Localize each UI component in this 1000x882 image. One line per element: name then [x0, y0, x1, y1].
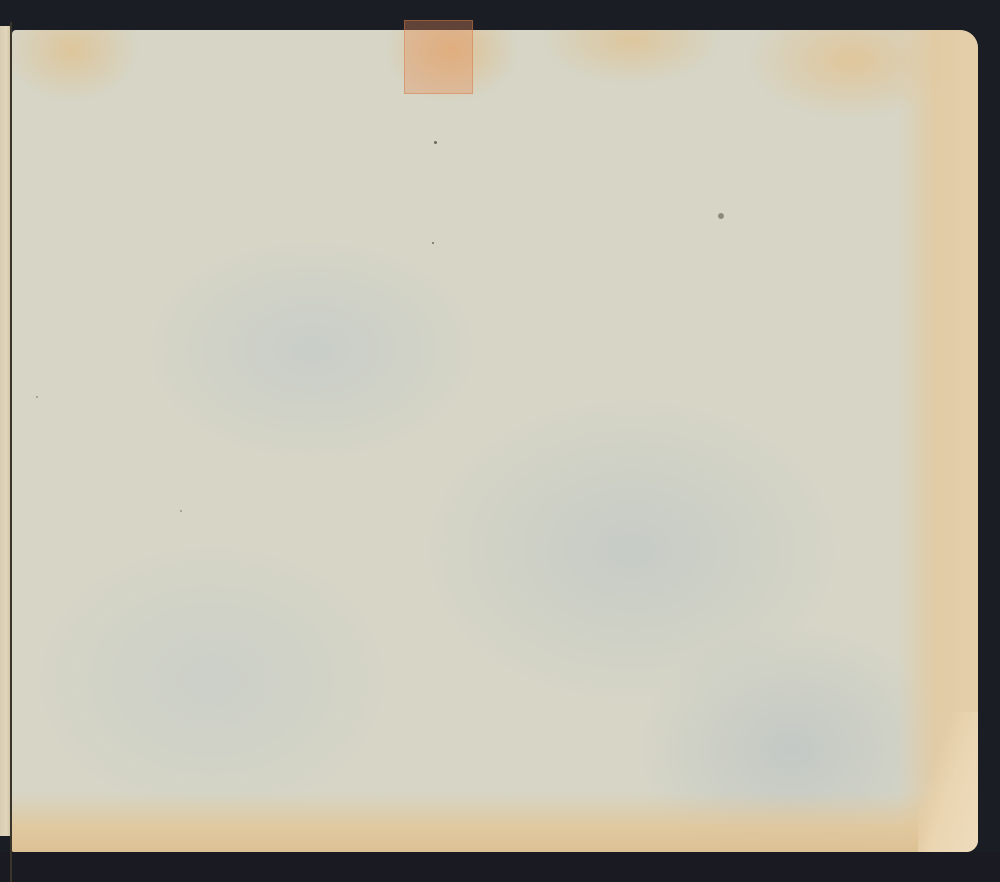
paper-speck: [180, 510, 182, 512]
paper-speck: [36, 396, 38, 398]
paper-speck: [718, 213, 724, 219]
scanner-background: [0, 852, 1000, 882]
bottom-edge-stain: [12, 792, 978, 852]
library-stamp: [404, 20, 473, 94]
page-corner-curl: [918, 712, 978, 852]
stamp-label: [405, 21, 472, 24]
paper-speck: [434, 141, 437, 144]
top-water-stain: [12, 30, 978, 140]
paper-speck: [432, 242, 434, 244]
blank-page: [12, 30, 978, 852]
scanned-page-view: [0, 0, 1000, 882]
